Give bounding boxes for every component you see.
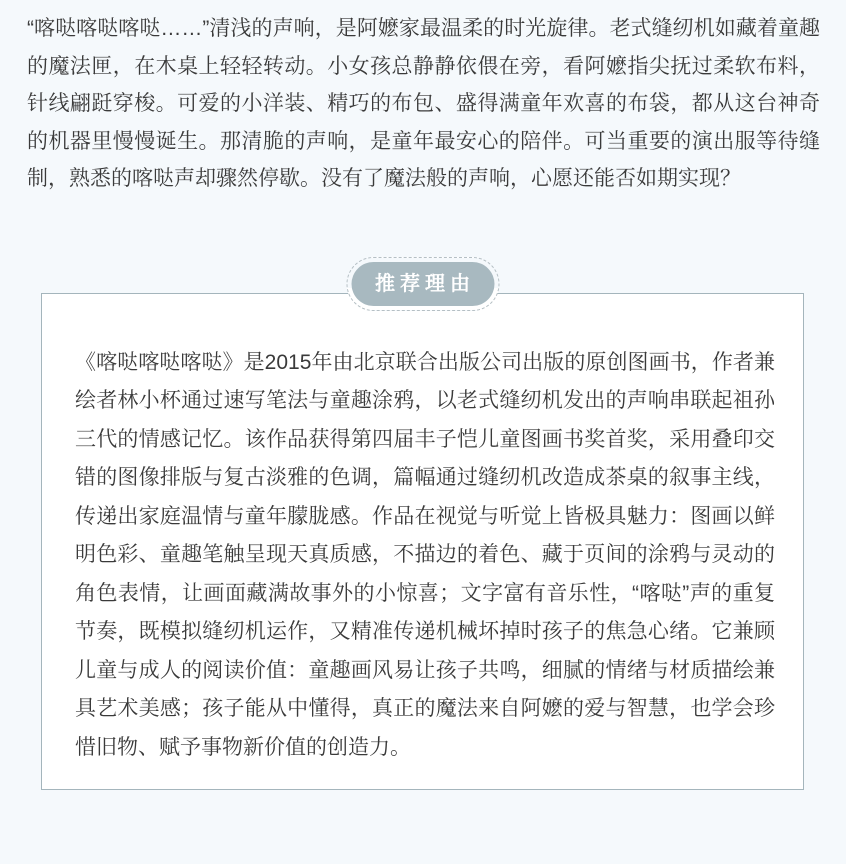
article-page: { "page": { "background_color": "#f5f9fc… [0, 0, 846, 864]
badge-dashed-ring: 推荐理由 [346, 257, 499, 311]
intro-paragraph: “喀哒喀哒喀哒……”清浅的声响，是阿嬷家最温柔的时光旋律。老式缝纫机如藏着童趣的… [27, 0, 820, 198]
recommendation-badge: 推荐理由 [346, 257, 499, 311]
review-paragraph: 《喀哒喀哒喀哒》是2015年由北京联合出版公司出版的原创图画书，作者兼绘者林小杯… [75, 344, 775, 768]
badge-label: 推荐理由 [375, 273, 475, 295]
badge-pill: 推荐理由 [351, 262, 494, 306]
recommendation-card: 推荐理由 《喀哒喀哒喀哒》是2015年由北京联合出版公司出版的原创图画书，作者兼… [41, 293, 804, 791]
